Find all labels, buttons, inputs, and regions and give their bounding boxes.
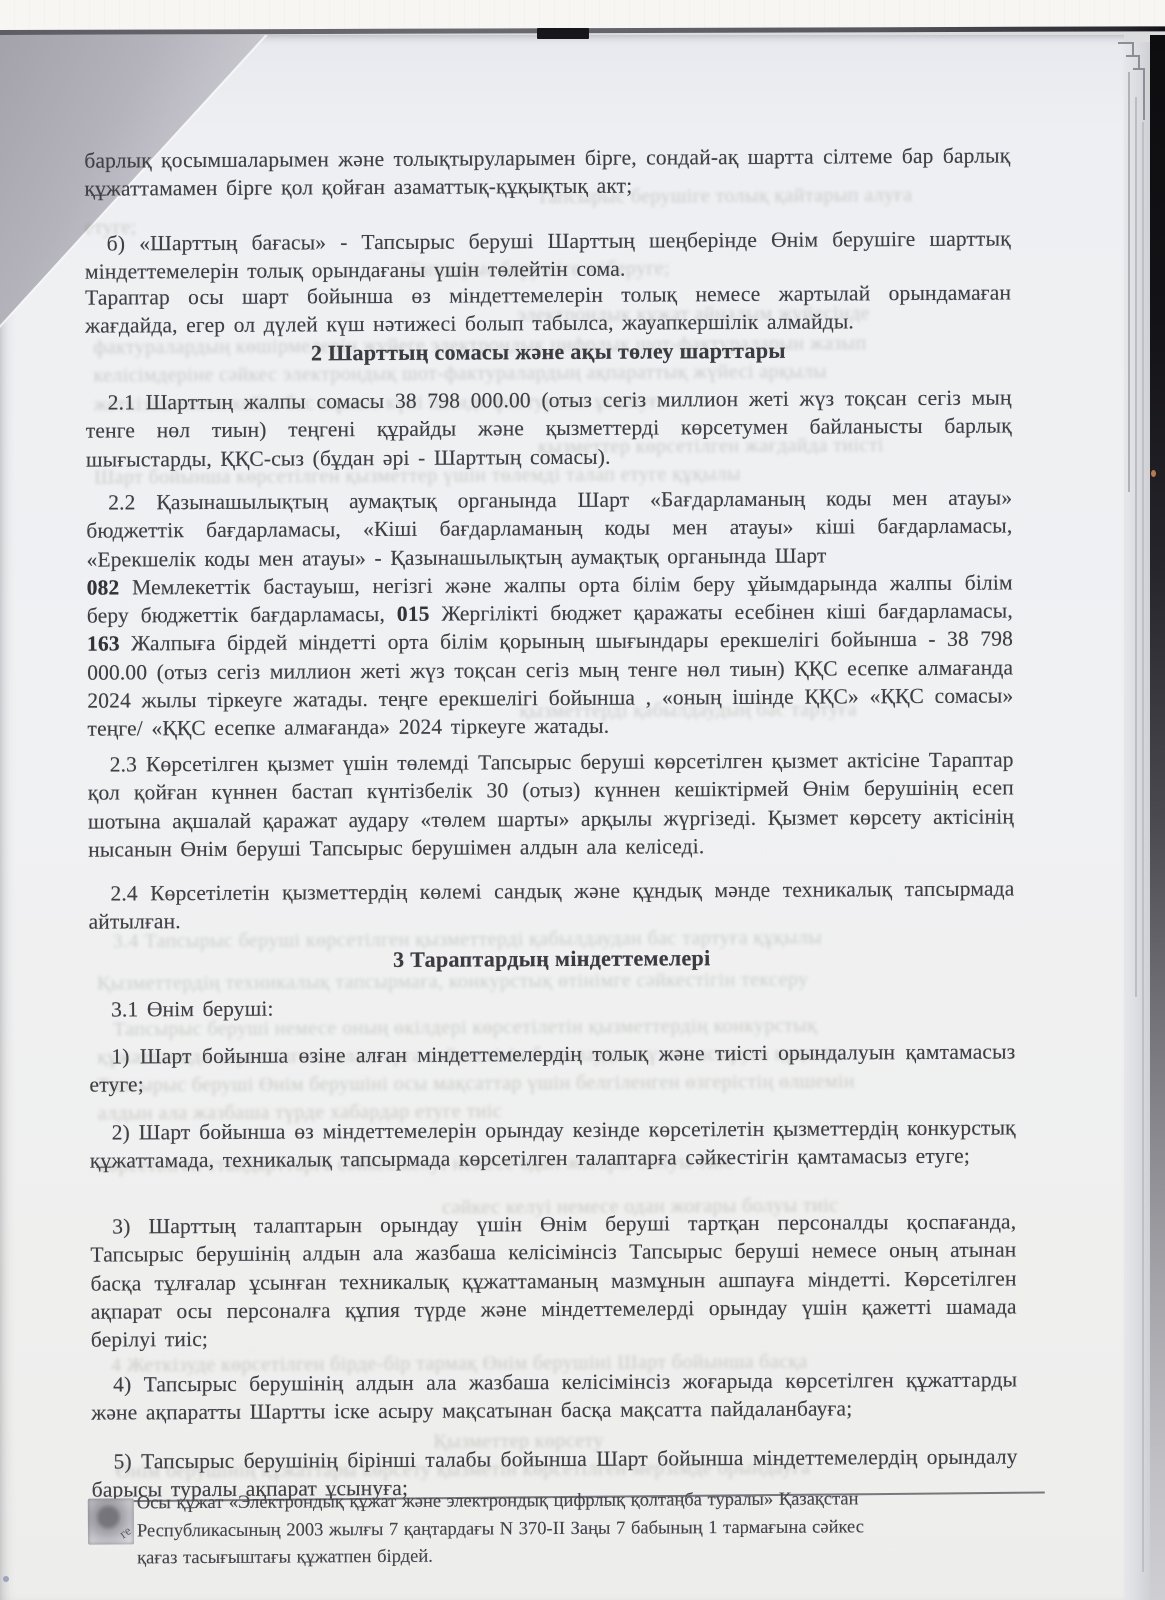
section-2-heading: 2 Шарттың сомасы және ақы төлеу шарттары — [85, 336, 1011, 367]
e-signature-stamp-icon — [88, 1498, 134, 1544]
clause-2-1-total-amount: 2.1 Шарттың жалпы сомасы 38 798 000.00 (… — [86, 383, 1012, 473]
page-content: Тапсырыс берушіге толық қайтарып алуғает… — [0, 0, 1165, 1600]
clause-3-1-supplier: 3.1 Өнім беруші: — [89, 990, 1015, 1023]
section-3-heading: 3 Тараптардың міндеттемелері — [89, 943, 1015, 974]
clause-2-3-payment-terms: 2.3 Көрсетілген қызмет үшін төлемді Тапс… — [88, 745, 1015, 863]
supplier-obligation-3: 3) Шарттың талаптарын орындау үшін Өнім … — [90, 1207, 1017, 1354]
budget-subprogram-code: 015 — [397, 602, 430, 626]
clause-contract-price-definition: б) «Шарттың бағасы» - Тапсырыс беруші Ша… — [85, 224, 1011, 286]
clause-carryover: барлық қосымшаларымен және толықтырулары… — [84, 141, 1010, 203]
e-document-validity-note: Осы құжат «Электрондық құжат және электр… — [137, 1486, 907, 1573]
clause-2-2-intro: 2.2 Қазынашылықтың аумақтық органында Ша… — [86, 485, 1012, 571]
budget-specificity-code: 163 — [87, 632, 120, 656]
clause-2-4-scope: 2.4 Көрсетілетін қызметтердің көлемі сан… — [88, 874, 1014, 936]
scanned-contract-page: { "colors": { "paper": "#eff0f2", "ink":… — [0, 0, 1165, 1600]
supplier-obligation-1: 1) Шарт бойынша өзіне алған міндеттемеле… — [89, 1037, 1015, 1099]
clause-2-2-budget-programs: 2.2 Қазынашылықтың аумақтық органында Ша… — [86, 483, 1013, 743]
supplier-obligation-2: 2) Шарт бойынша өз міндеттемелерін орынд… — [90, 1113, 1016, 1175]
clause-2-2-subprogram-text: Жергілікті бюджет қаражаты есебінен кіші… — [430, 599, 1013, 626]
supplier-obligation-4: 4) Тапсырыс берушінің алдын ала жазбаша … — [91, 1365, 1017, 1427]
clause-2-2-specificity-text: Жалпыға бірдей міндетті орта білім қорын… — [87, 627, 1013, 741]
budget-program-code: 082 — [87, 575, 120, 599]
clause-force-majeure: Тараптар осы шарт бойынша өз міндеттемел… — [85, 278, 1011, 340]
